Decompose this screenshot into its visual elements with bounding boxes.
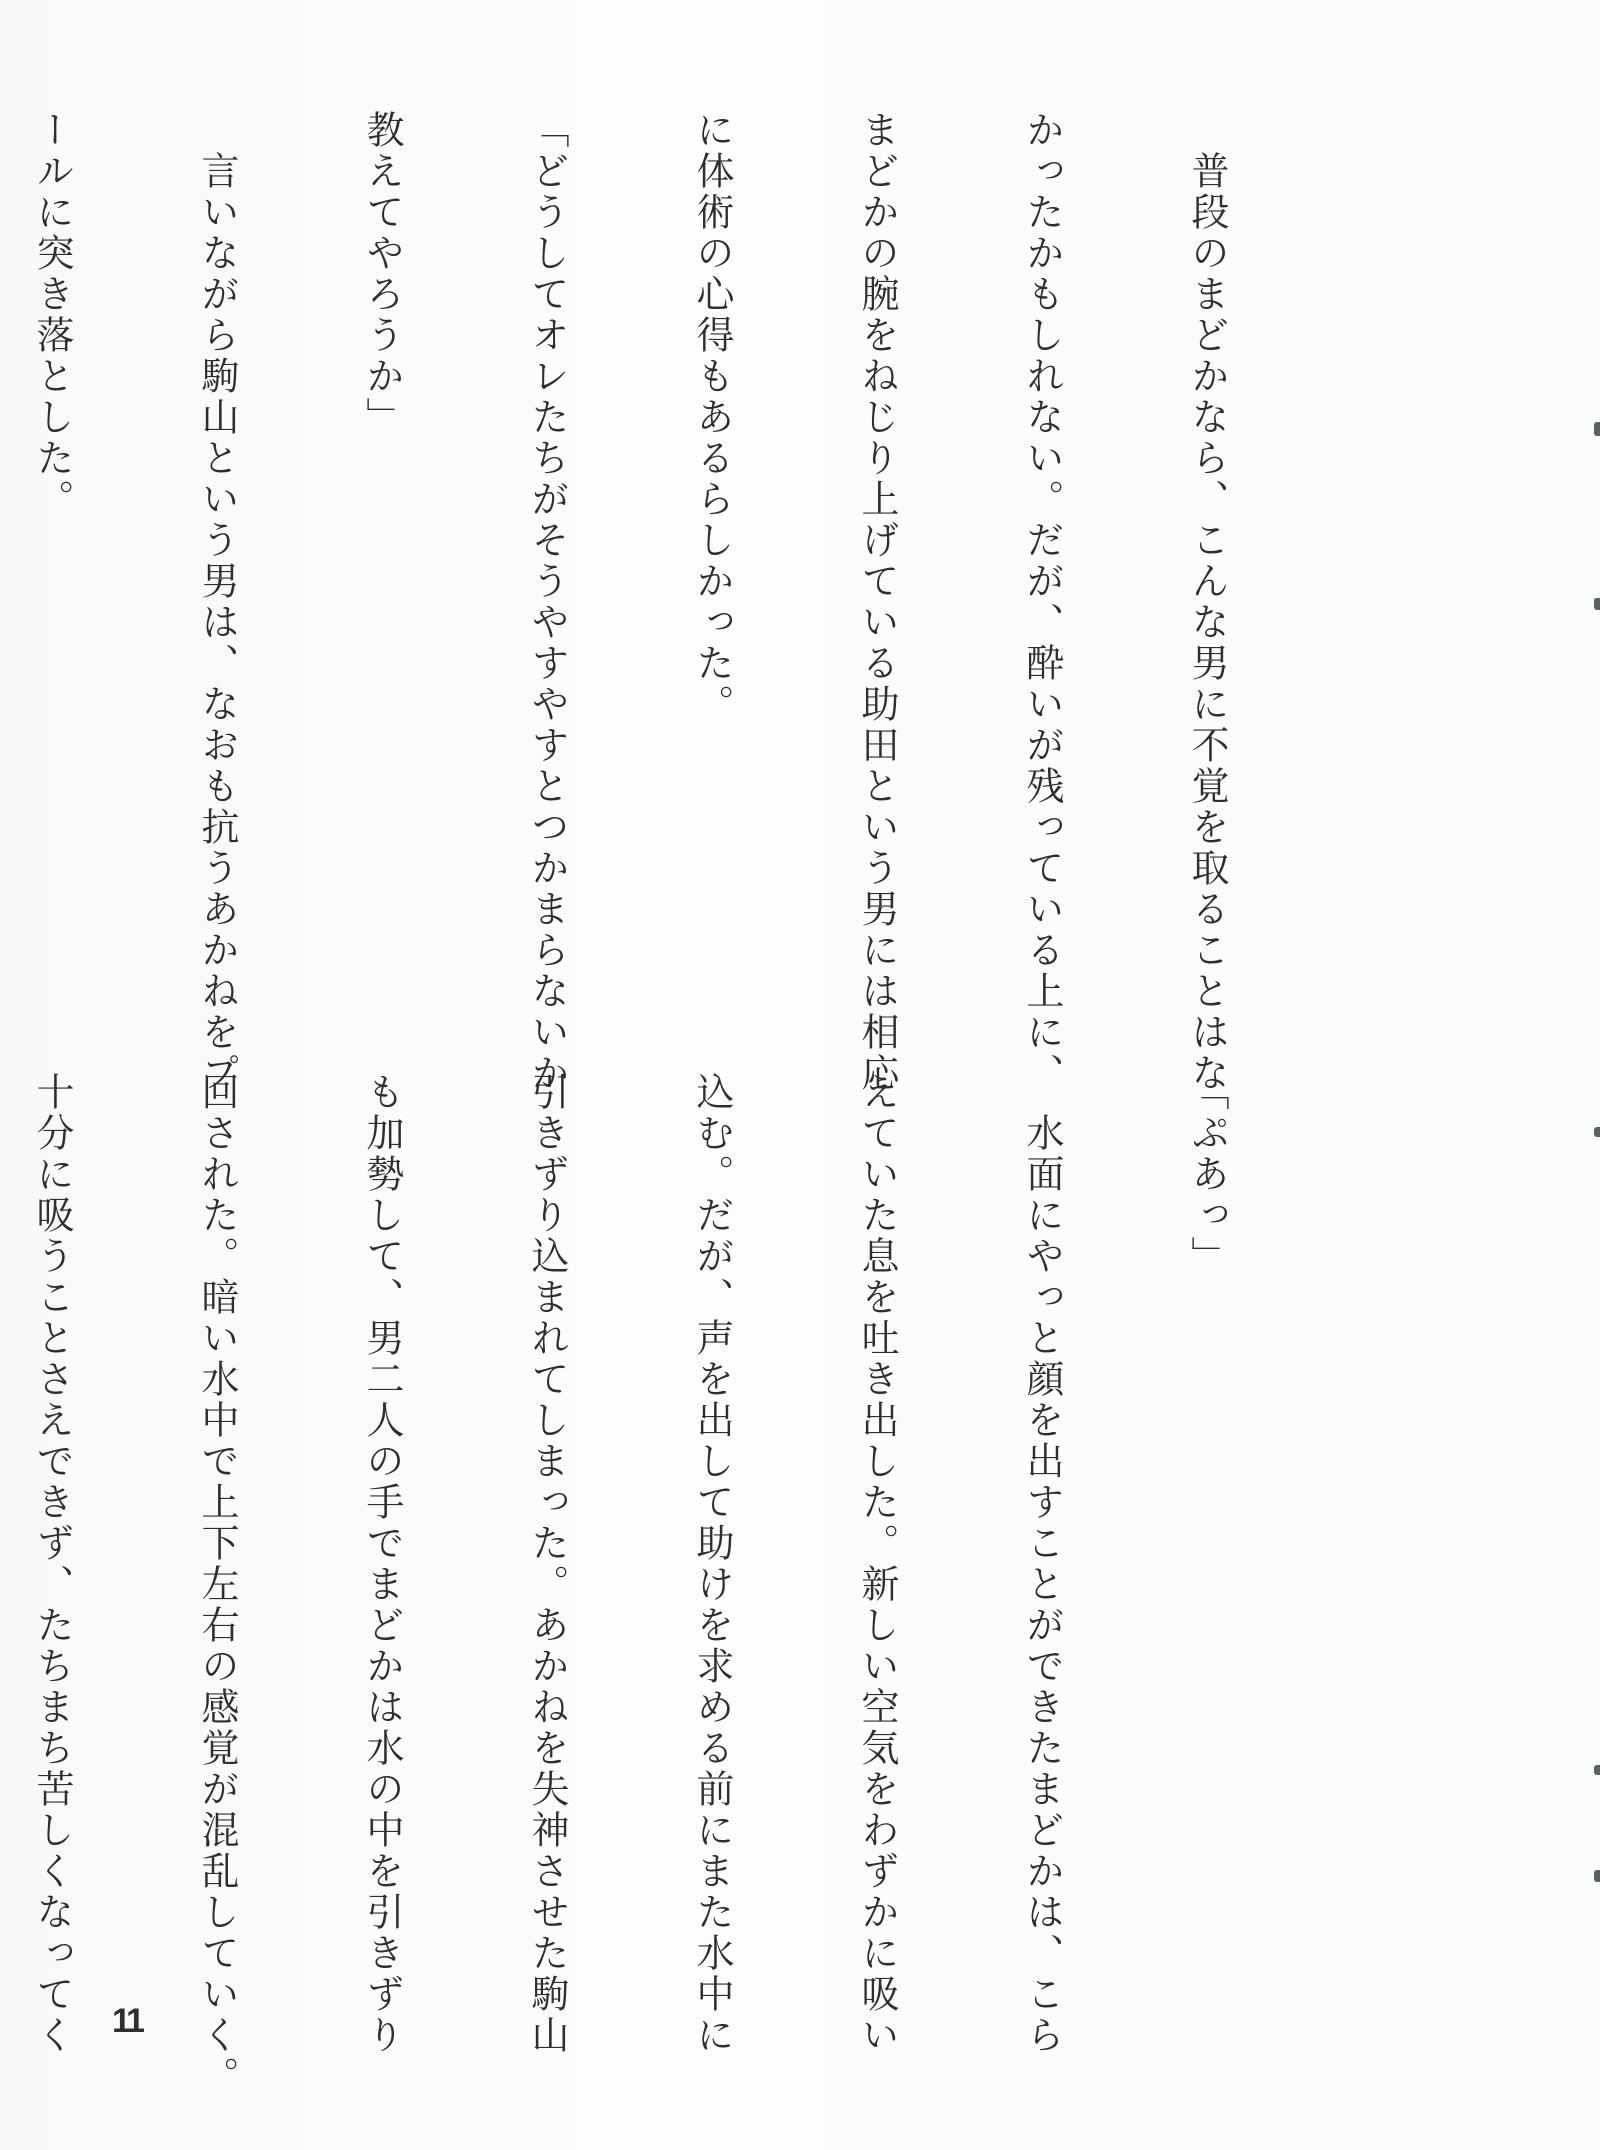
page-number: 11 xyxy=(112,2002,142,2041)
text-column: えていた息を吐き出した。新しい空気をわずかに吸い xyxy=(849,1072,904,1902)
text-column: 十分に吸うことさえできず、たちまち苦しくなってく xyxy=(24,1072,79,1902)
text-column: 普段のまどかなら、こんな男に不覚を取ることはな xyxy=(1179,110,1234,940)
text-column: ールに突き落とした。 xyxy=(24,110,79,940)
text-column: 「どうしてオレたちがそうやすやすとつかまらないか xyxy=(519,110,574,940)
scan-edge-mark xyxy=(1594,598,1600,610)
book-page: 普段のまどかなら、こんな男に不覚を取ることはな かったかもしれない。だが、酔いが… xyxy=(0,0,1600,2150)
ruby-annotation: スキンダイビング xyxy=(364,1572,1600,1700)
text-column: 教えてやろうか」 xyxy=(354,110,409,940)
text-column: 引きずり込まれてしまった。あかねを失神させた駒山 xyxy=(519,1072,574,1902)
text-column: 回された。暗い水中で上下左右の感覚が混乱していく。 xyxy=(189,1072,244,1902)
scan-edge-mark xyxy=(1594,1870,1600,1882)
scan-edge-mark xyxy=(1594,1765,1600,1775)
scan-edge-mark xyxy=(1594,1127,1600,1137)
text-column: かったかもしれない。だが、酔いが残っている上に、 xyxy=(1014,110,1069,940)
text-column: まどかの腕をねじり上げている助田という男には相応 xyxy=(849,110,904,940)
text-column: も加勢して、男二人の手でまどかは水の中を引きずり xyxy=(354,1072,409,1902)
text-column: 「ぷあっ」 xyxy=(1179,1072,1234,1902)
text-column: 言いながら駒山という男は、なおも抗うあかねをプ xyxy=(189,110,244,940)
text-column: 水面にやっと顔を出すことができたまどかは、こら xyxy=(1014,1072,1069,1902)
text-block-upper: 普段のまどかなら、こんな男に不覚を取ることはな かったかもしれない。だが、酔いが… xyxy=(194,110,1344,940)
text-column: 込む。だが、声を出して助けを求める前にまた水中に xyxy=(684,1072,739,1902)
scan-edge-mark xyxy=(1594,422,1600,436)
text-block-lower: 「ぷあっ」 水面にやっと顔を出すことができたまどかは、こら えていた息を吐き出し… xyxy=(194,1072,1344,1902)
text-column: に体術の心得もあるらしかった。 xyxy=(684,110,739,940)
